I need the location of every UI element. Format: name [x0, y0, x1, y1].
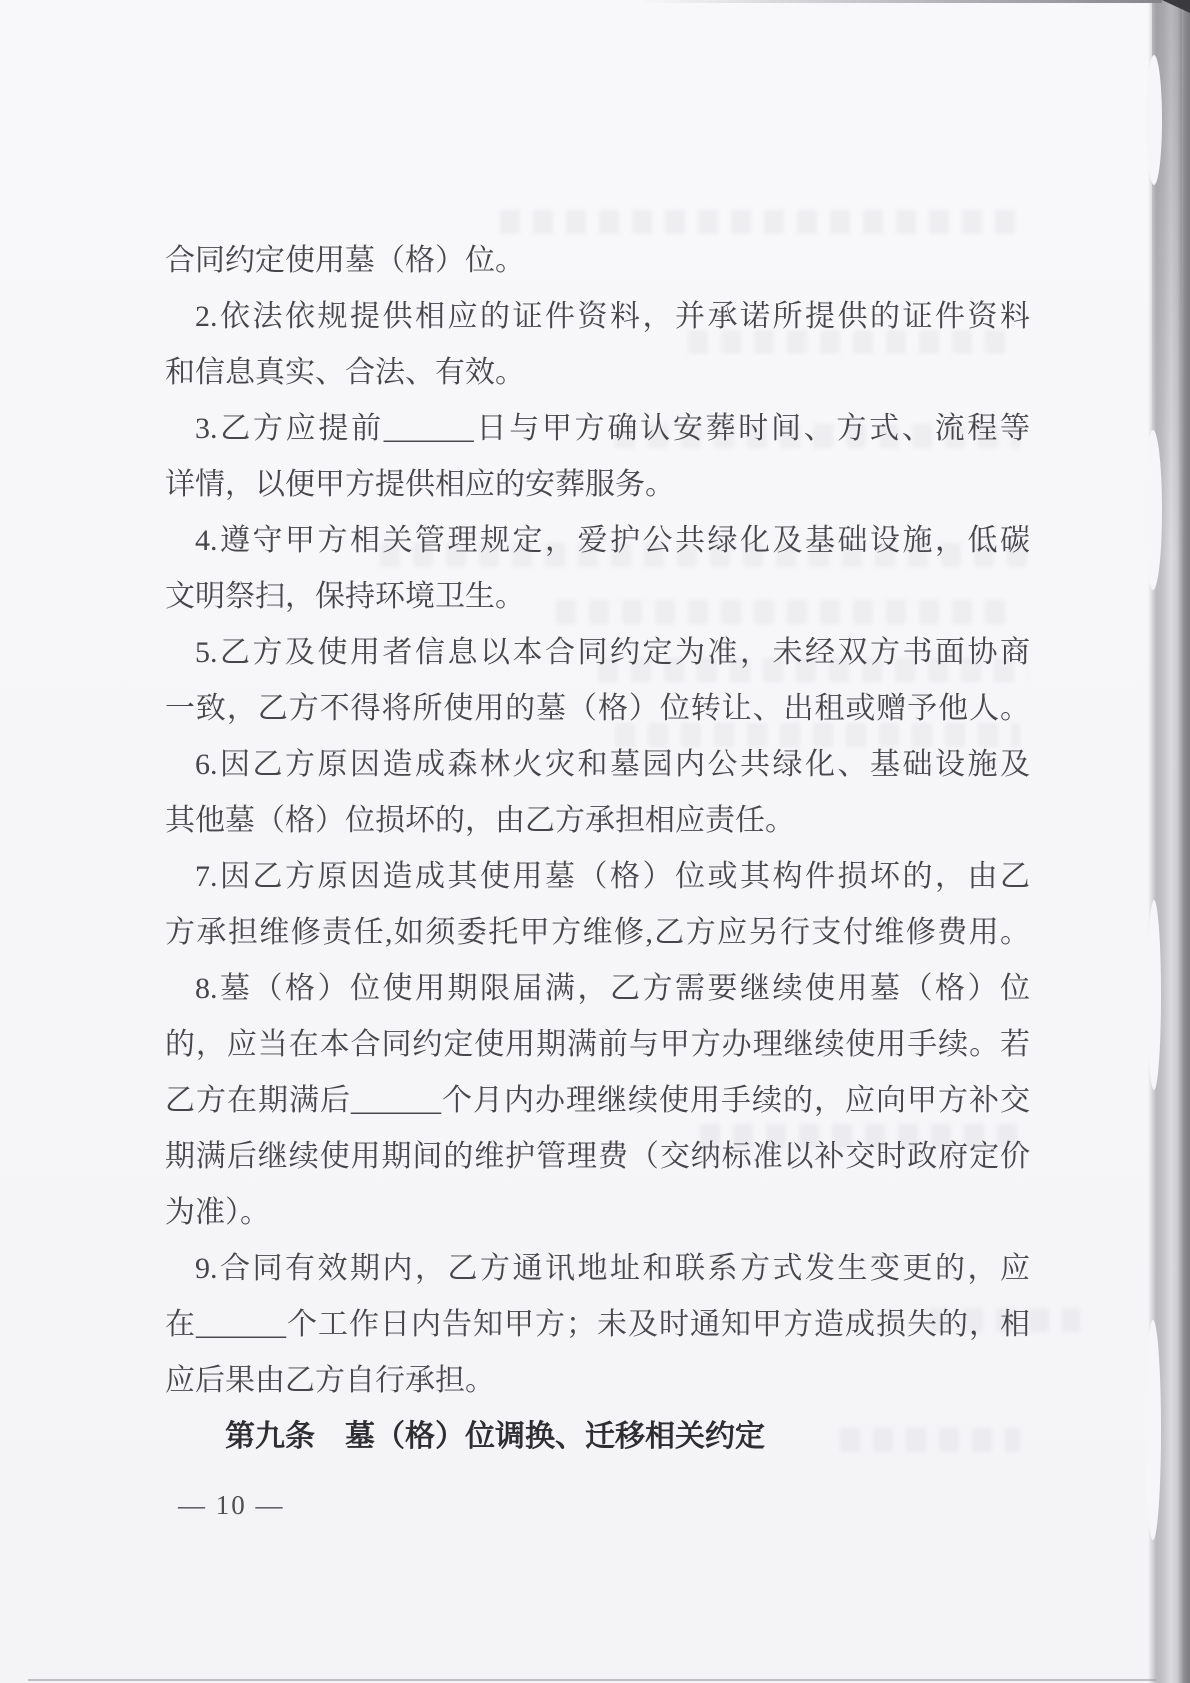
text-line: 2.依法依规提供相应的证件资料，并承诺所提供的证件资料	[165, 289, 1030, 345]
text-line: 详情，以便甲方提供相应的安葬服务。	[165, 457, 1030, 513]
text-line: 7.因乙方原因造成其使用墓（格）位或其构件损坏的，由乙	[165, 849, 1030, 905]
section-heading: 第九条 墓（格）位调换、迁移相关约定	[165, 1409, 1030, 1465]
text-line: 期满后继续使用期间的维护管理费（交纳标准以补交时政府定价	[165, 1129, 1030, 1185]
torn-edge-bump	[1147, 900, 1161, 1090]
text-line: 和信息真实、合法、有效。	[165, 345, 1030, 401]
text-line: 合同约定使用墓（格）位。	[165, 233, 1030, 289]
text-line: 在______个工作日内告知甲方；未及时通知甲方造成损失的，相	[165, 1297, 1030, 1353]
document-body: 合同约定使用墓（格）位。2.依法依规提供相应的证件资料，并承诺所提供的证件资料和…	[165, 233, 1030, 1465]
scan-bottom-edge-line	[28, 1679, 1156, 1681]
page-number: — 10 —	[178, 1489, 285, 1521]
torn-edge-bump	[1146, 55, 1162, 185]
text-line: 6.因乙方原因造成森林火灾和墓园内公共绿化、基础设施及	[165, 737, 1030, 793]
bleedthrough-artifact	[500, 210, 1015, 234]
torn-edge-bump	[1144, 430, 1162, 590]
text-line: 5.乙方及使用者信息以本合同约定为准，未经双方书面协商	[165, 625, 1030, 681]
torn-edge-bump	[1145, 1320, 1161, 1540]
text-line: 4.遵守甲方相关管理规定，爱护公共绿化及基础设施，低碳	[165, 513, 1030, 569]
text-line: 3.乙方应提前______日与甲方确认安葬时间、方式、流程等	[165, 401, 1030, 457]
text-line: 9.合同有效期内，乙方通讯地址和联系方式发生变更的，应	[165, 1241, 1030, 1297]
text-line: 应后果由乙方自行承担。	[165, 1353, 1030, 1409]
text-line: 为准）。	[165, 1185, 1030, 1241]
text-line: 文明祭扫，保持环境卫生。	[165, 569, 1030, 625]
corner-fold-shadow	[1162, 0, 1190, 13]
text-line: 其他墓（格）位损坏的，由乙方承担相应责任。	[165, 793, 1030, 849]
text-line: 一致，乙方不得将所使用的墓（格）位转让、出租或赠予他人。	[165, 681, 1030, 737]
text-line: 乙方在期满后______个月内办理继续使用手续的，应向甲方补交	[165, 1073, 1030, 1129]
scanned-contract-page: 合同约定使用墓（格）位。2.依法依规提供相应的证件资料，并承诺所提供的证件资料和…	[0, 0, 1190, 1683]
text-line: 8.墓（格）位使用期限届满，乙方需要继续使用墓（格）位	[165, 961, 1030, 1017]
scan-top-edge-line	[640, 0, 1162, 3]
text-line: 方承担维修责任,如须委托甲方维修,乙方应另行支付维修费用。	[165, 905, 1030, 961]
text-line: 的，应当在本合同约定使用期满前与甲方办理继续使用手续。若	[165, 1017, 1030, 1073]
